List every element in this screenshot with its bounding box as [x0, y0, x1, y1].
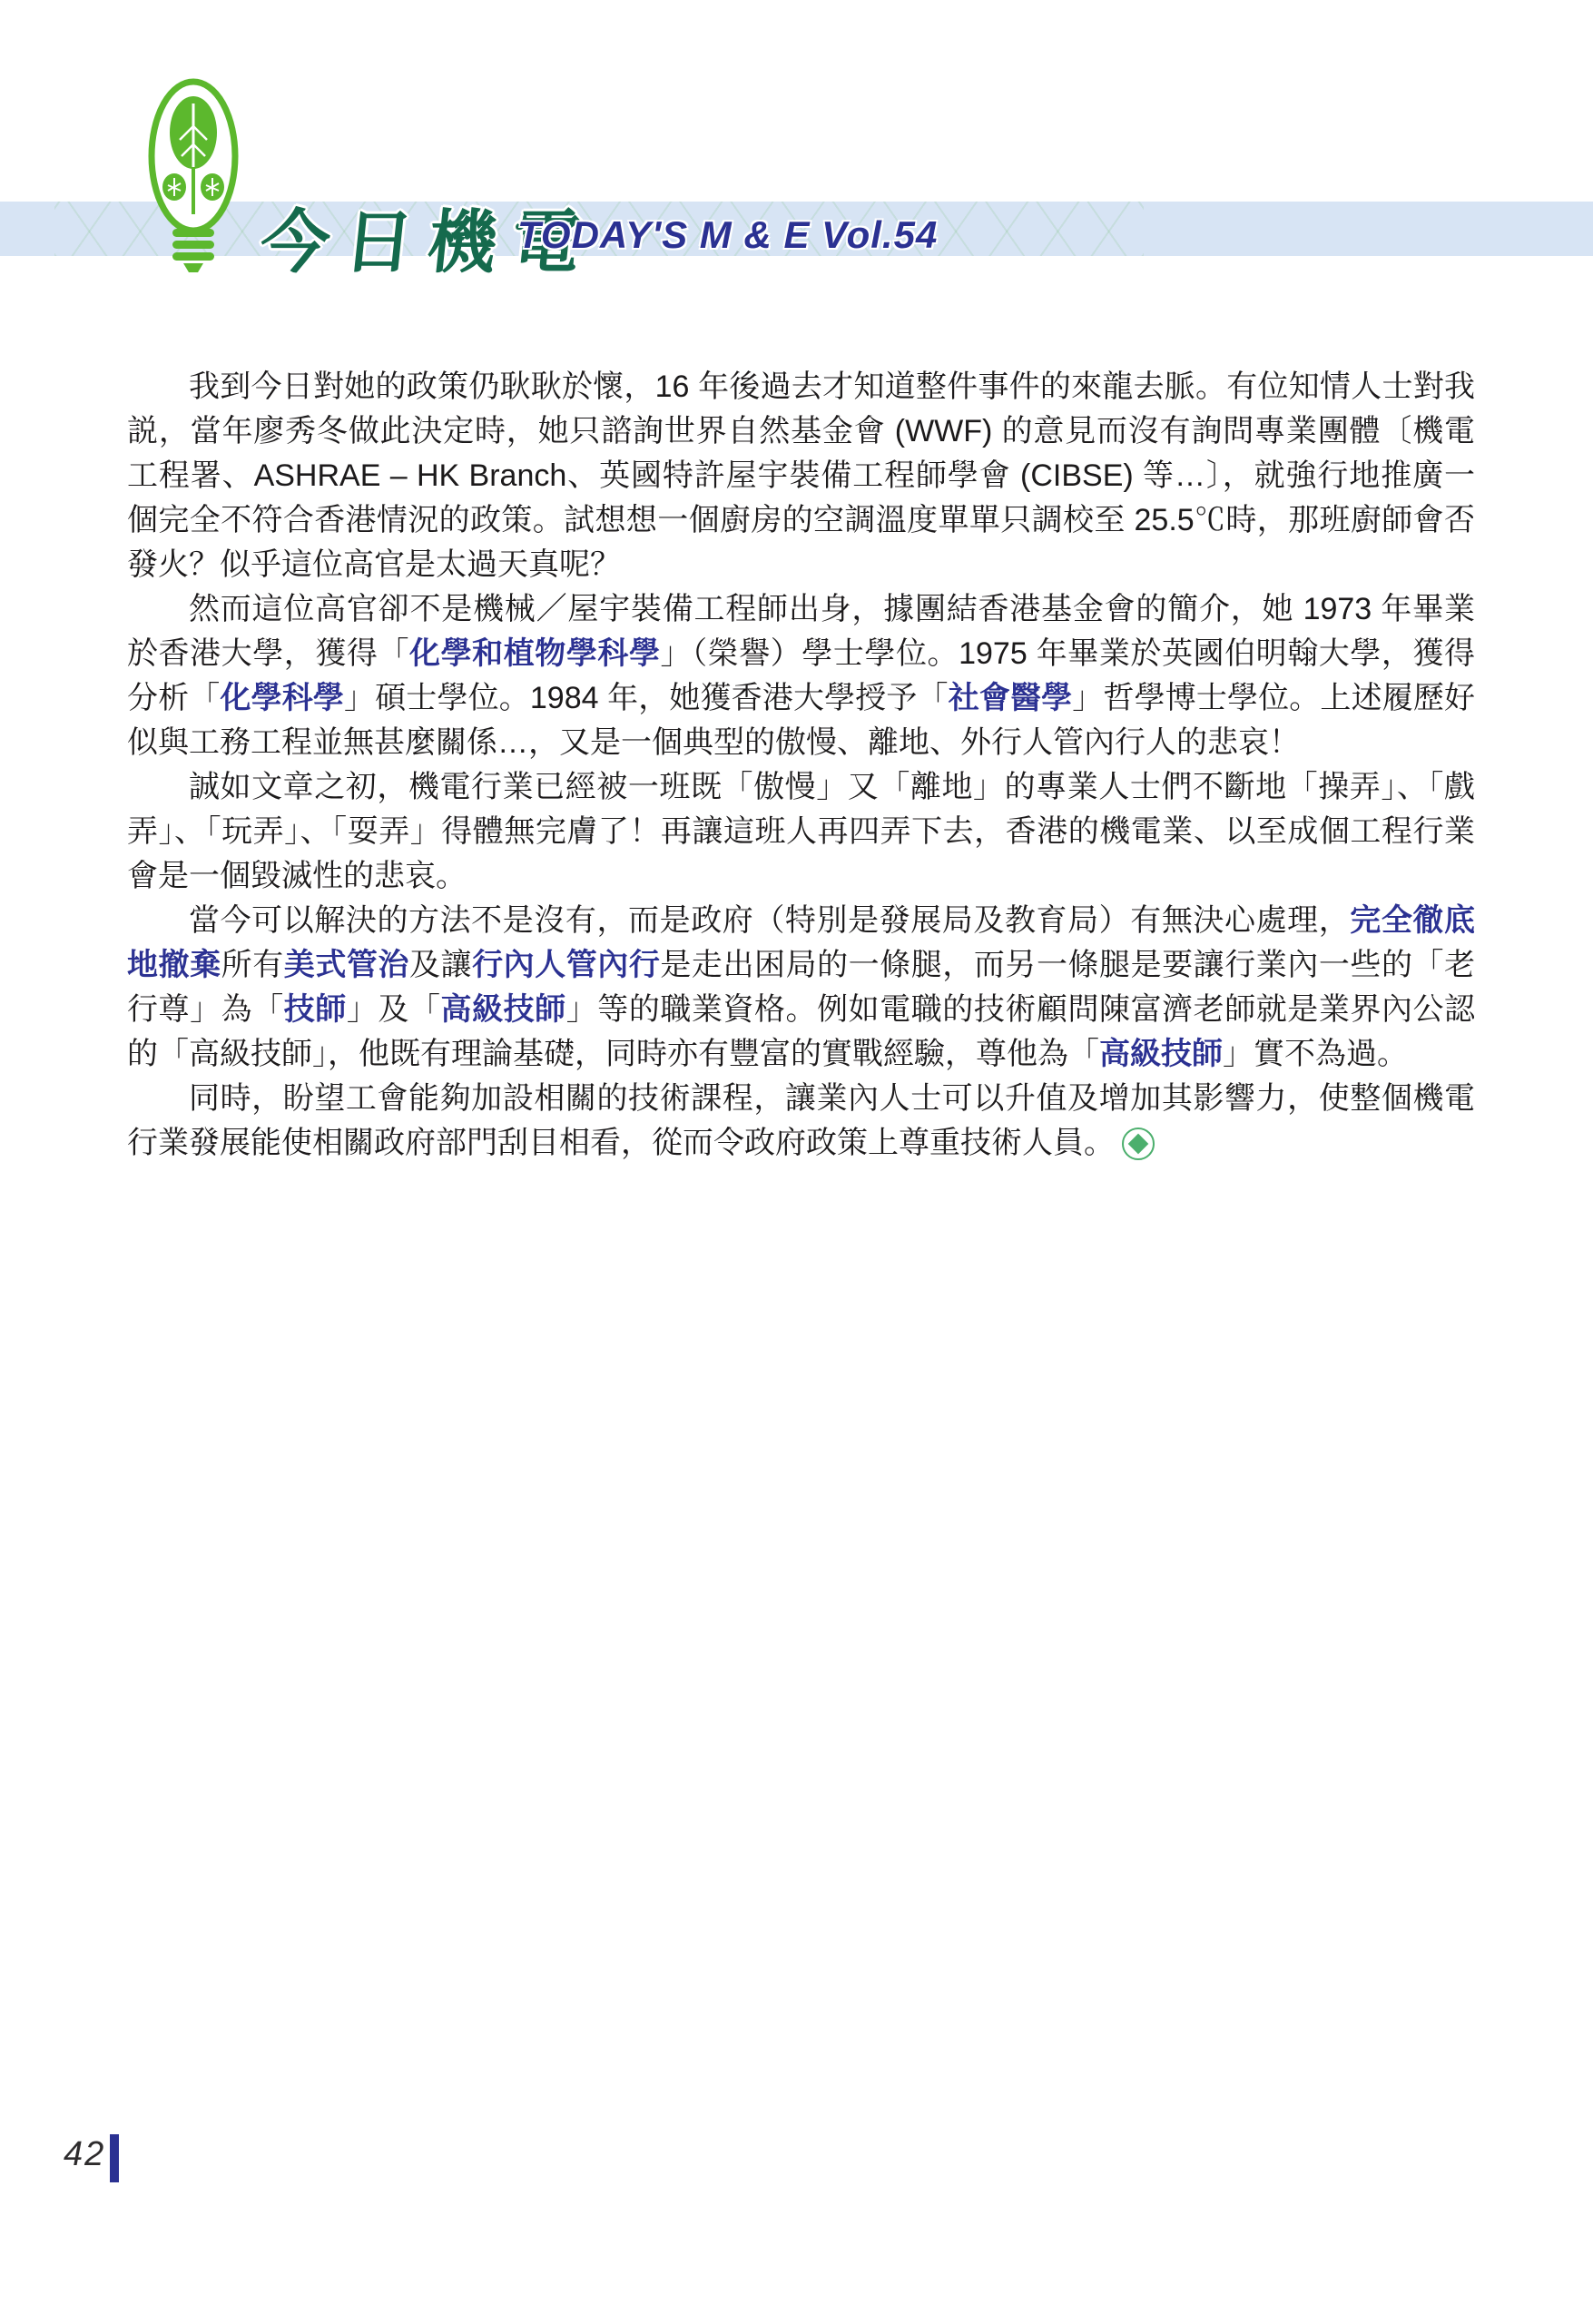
body-text: 」碩士學位。1984 年，她獲香港大學授予「 [344, 681, 949, 715]
body-text: 」實不為過。 [1223, 1037, 1408, 1071]
emphasis-text: 高級技師 [441, 993, 566, 1027]
paragraph: 誠如文章之初，機電行業已經被一班既「傲慢」又「離地」的專業人士們不斷地「操弄」、… [127, 765, 1475, 899]
emphasis-text: 化學和植物學科學 [409, 637, 660, 671]
magazine-page: { "header": { "title_zh": "今日機電", "title… [0, 0, 1593, 2324]
paragraph: 然而這位高官卻不是機械／屋宇裝備工程師出身，據團結香港基金會的簡介，她 1973… [127, 587, 1475, 765]
emphasis-text: 技師 [284, 993, 347, 1027]
body-text: 及讓 [409, 948, 472, 982]
emphasis-text: 行內人管內行 [472, 949, 660, 982]
body-text: 當今可以解決的方法不是沒有，而是政府（特別是發展局及教育局）有無決心處理， [189, 903, 1350, 938]
body-text: 我到今日對她的政策仍耿耿於懷，16 年後過去才知道整件事件的來龍去脈。有位知情人… [127, 369, 1475, 582]
body-text: 」及「 [347, 992, 441, 1027]
end-of-article-icon-diamond [1128, 1134, 1149, 1155]
paragraph: 我到今日對她的政策仍耿耿於懷，16 年後過去才知道整件事件的來龍去脈。有位知情人… [127, 365, 1475, 587]
emphasis-text: 高級技師 [1099, 1038, 1223, 1071]
body-text: 所有 [221, 948, 284, 982]
magazine-title-english-volume: TODAY'S M & E Vol.54 [517, 213, 938, 257]
emphasis-text: 美式管治 [284, 949, 409, 982]
paragraph: 同時，盼望工會能夠加設相關的技術課程，讓業內人士可以升值及增加其影響力，使整個機… [127, 1077, 1475, 1166]
page-number: 42 [64, 2135, 105, 2174]
body-text: 誠如文章之初，機電行業已經被一班既「傲慢」又「離地」的專業人士們不斷地「操弄」、… [127, 770, 1475, 893]
emphasis-text: 化學科學 [220, 682, 344, 715]
end-of-article-icon [1122, 1128, 1155, 1160]
footer-accent-bar [110, 2134, 119, 2182]
article-body: 我到今日對她的政策仍耿耿於懷，16 年後過去才知道整件事件的來龍去脈。有位知情人… [127, 365, 1475, 1166]
plant-lightbulb-logo-icon [143, 76, 243, 276]
paragraph: 當今可以解決的方法不是沒有，而是政府（特別是發展局及教育局）有無決心處理，完全徹… [127, 899, 1475, 1077]
emphasis-text: 社會醫學 [949, 682, 1073, 715]
body-text: 同時，盼望工會能夠加設相關的技術課程，讓業內人士可以升值及增加其影響力，使整個機… [127, 1081, 1475, 1160]
